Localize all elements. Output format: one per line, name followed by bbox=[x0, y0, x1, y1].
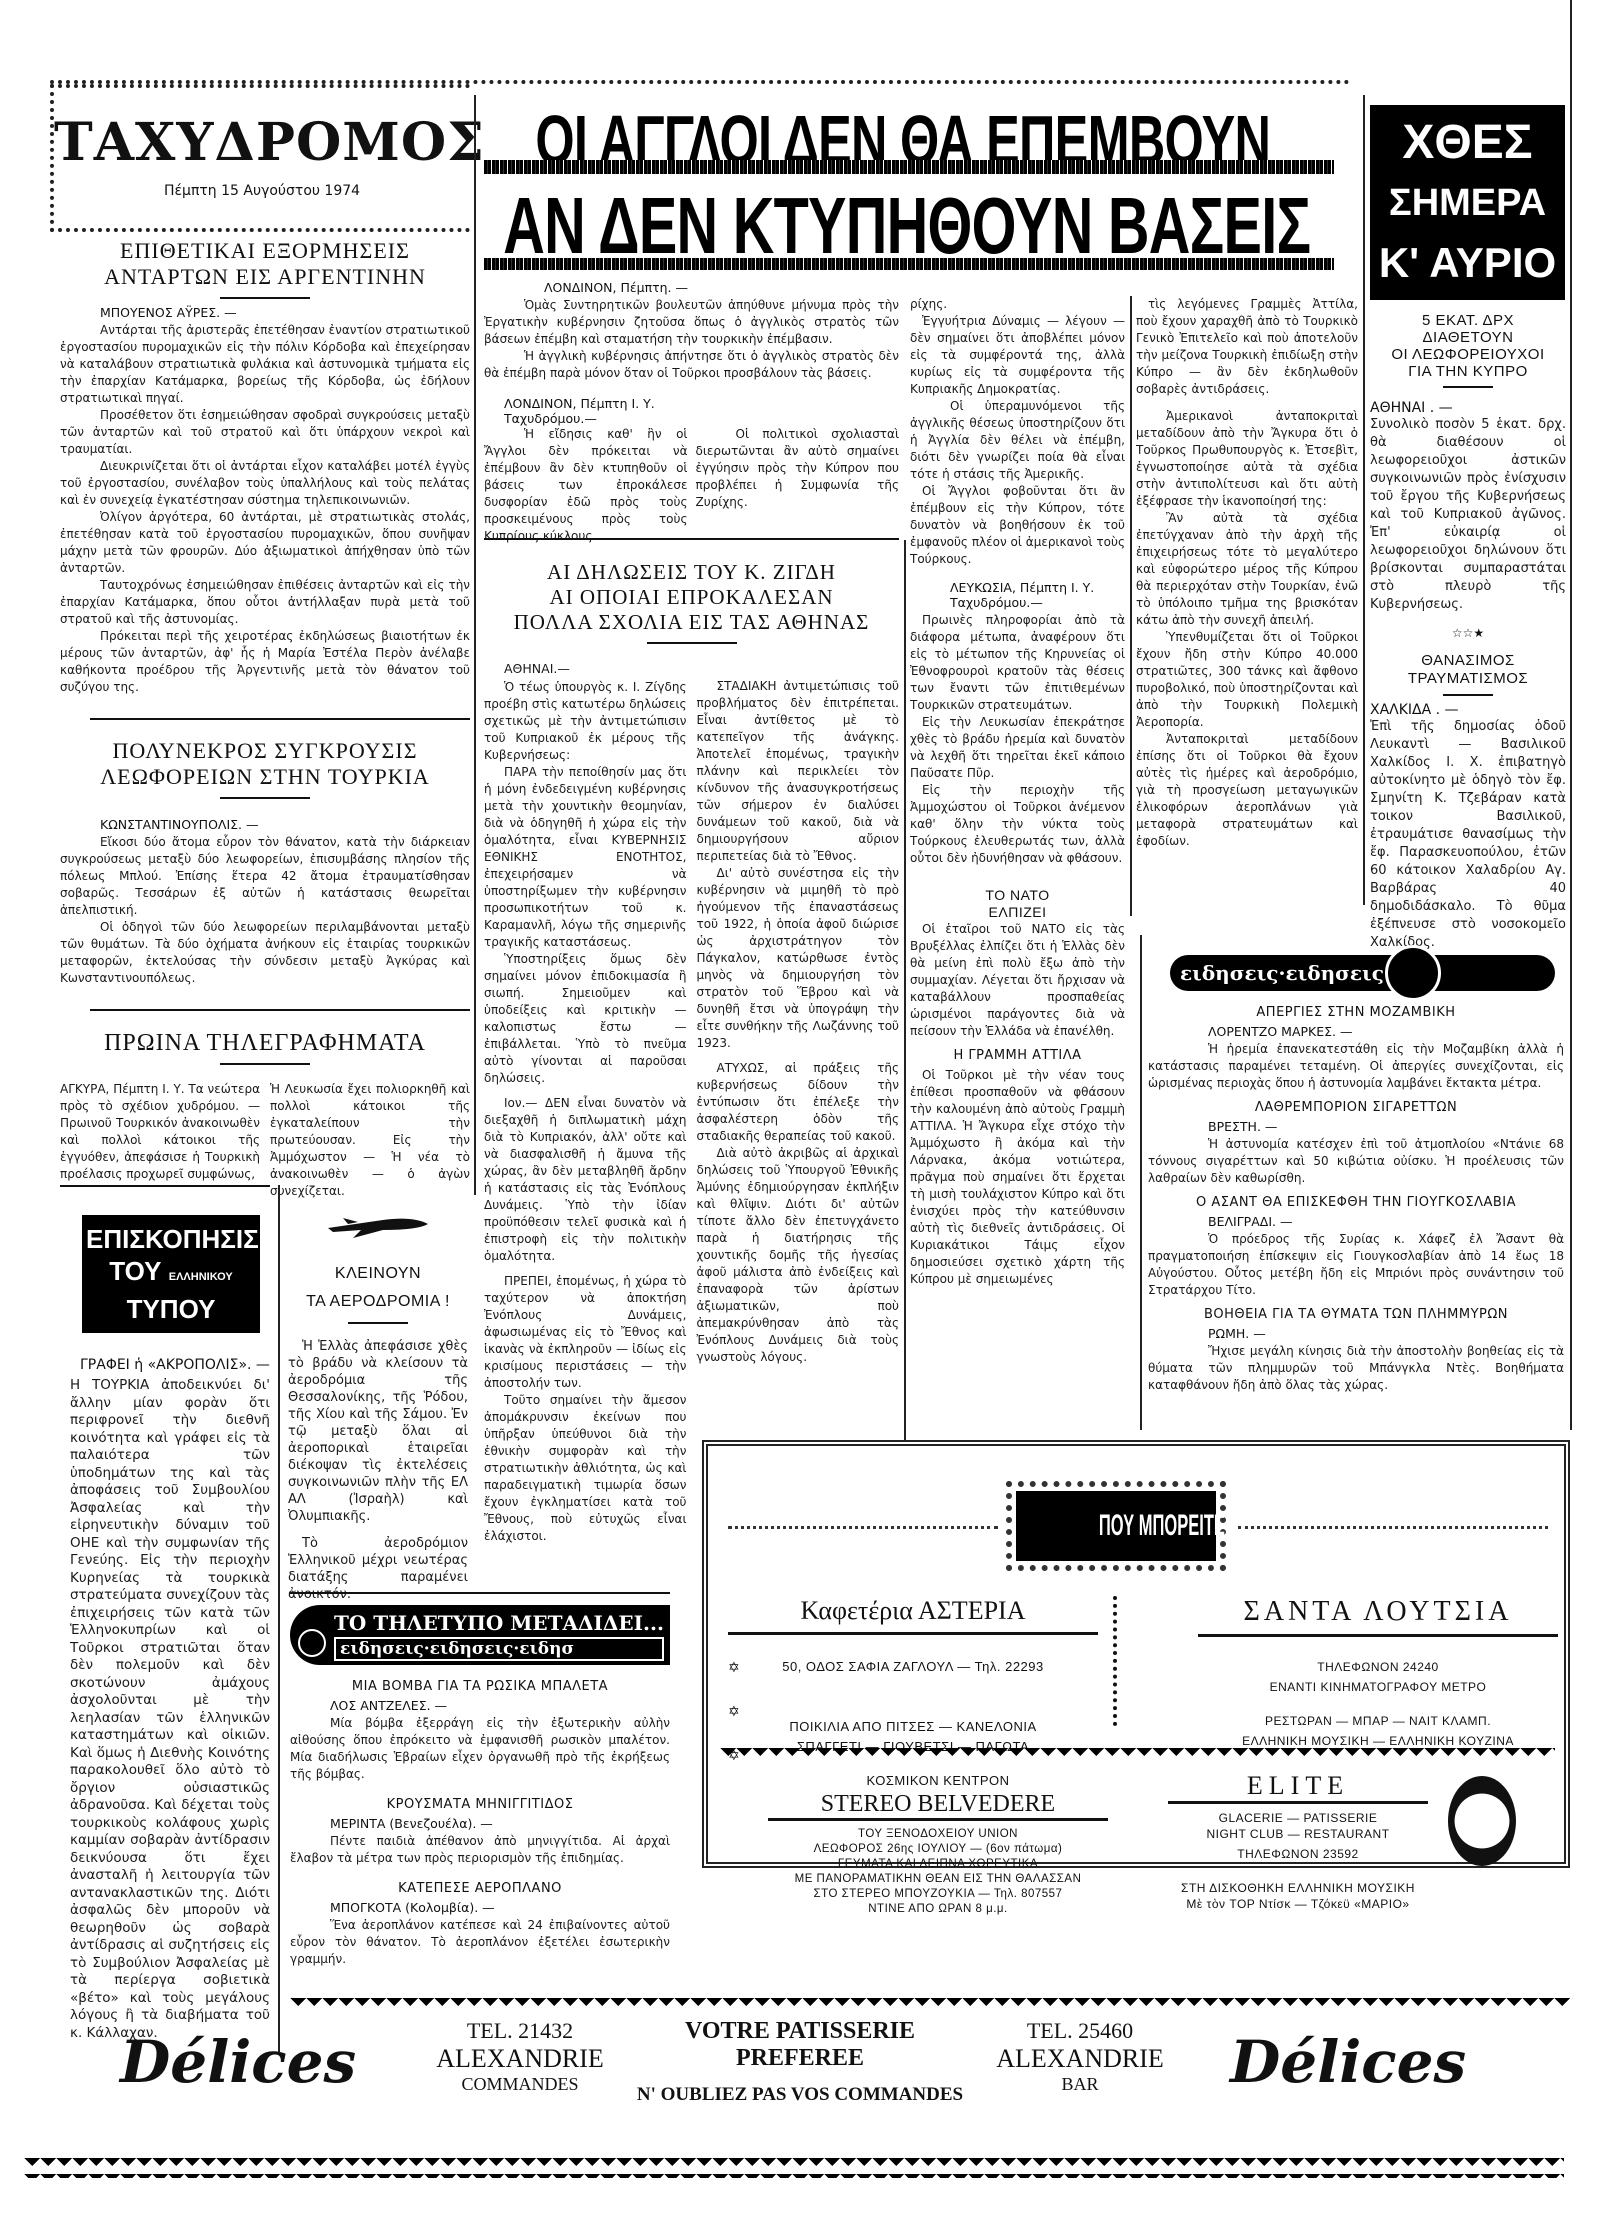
article-headline: ΕΠΙΘΕΤΙΚΑΙ ΕΞΟΡΜΗΣΕΙΣ ΑΝΤΑΡΤΩΝ ΕΙΣ ΑΡΓΕΝ… bbox=[60, 238, 470, 291]
promo-caption: 5 ΕΚΑΤ. ΔΡΧ ΔΙΑΘΕΤΟΥΝ ΟΙ ΛΕΩΦΟΡΕΙΟΥΧΟΙ Γ… bbox=[1370, 312, 1566, 380]
zigdis-article: ΑΙ ΔΗΛΩΣΕΙΣ ΤΟΥ Κ. ΖΙΓΔΗ ΑΙ ΟΠΟΙΑΙ ΕΠΡΟΚ… bbox=[484, 560, 899, 1545]
accident-headline: ΘΑΝΑΣΙΜΟΣ ΤΡΑΥΜΑΤΙΣΜΟΣ bbox=[1370, 652, 1566, 688]
telegram-col-1: ΑΓΚΥΡΑ, Πέμπτη Ι. Υ. Τα νεώτερα πρὸς τὸ … bbox=[60, 1081, 260, 1200]
delices-logo-left: Délices bbox=[120, 2028, 356, 2096]
article-body: Συνολικὸ ποσὸν 5 ἑκατ. δρχ. θὰ διαθέσουν… bbox=[1370, 416, 1566, 614]
ad-belvedere: ΚΟΣΜΙΚΟΝ ΚΕΝΤΡΟΝ STEREO BELVEDERE ΤΟΥ ΞΕ… bbox=[768, 1771, 1108, 1917]
column-divider bbox=[474, 95, 476, 1195]
dateline: ΜΠΟΥΕΝΟΣ ΑΫΡΕΣ. — bbox=[100, 305, 470, 320]
cyprus-col-a: ρίχης. Ἐγγυήτρια Δύναμις — λέγουν — δὲν … bbox=[910, 296, 1125, 1288]
ad-guide: ΠΟΥ ΜΠΟΡΕΙΤΕ ΝΑ ΠΑΤΕ Καφετέρια ΑΣΤΕΡΙΑ 5… bbox=[702, 1440, 1570, 1868]
zigzag-divider bbox=[290, 1998, 1570, 2014]
nato-headline: ΤΟ ΝΑΤΟ ΕΛΠΙΖΕΙ bbox=[910, 887, 1125, 921]
teletype-section: ΤΟ ΤΗΛΕΤΥΠΟ ΜΕΤΑΔΙΔΕΙ... ειδησεις·ειδησε… bbox=[290, 1605, 670, 1968]
headline-bar-1 bbox=[484, 160, 1334, 174]
headline-bar-2 bbox=[484, 258, 1334, 270]
masthead: ΤΑΧΥΔΡΟΜΟΣ Πέμπτη 15 Αυγούστου 1974 bbox=[50, 84, 470, 232]
article-headline: ΠΡΩΙΝΑ ΤΗΛΕΓΡΑΦΗΜΑΤΑ bbox=[60, 1029, 470, 1058]
dial-icon bbox=[298, 1629, 326, 1657]
article-body: Εἴκοσι δύο ἄτομα εὗρον τὸν θάνατον, κατὰ… bbox=[60, 834, 470, 987]
dateline: ΑΘΗΝΑΙ . — bbox=[1370, 400, 1566, 416]
article-headline: ΠΟΛΥΝΕΚΡΟΣ ΣΥΓΚΡΟΥΣΙΣ ΛΕΩΦΟΡΕΙΩΝ ΣΤΗΝ ΤΟ… bbox=[60, 738, 470, 791]
column-divider bbox=[1130, 296, 1132, 916]
dateline: ΓΡΑΦΕΙ ἡ «ΑΚΡΟΠΟΛΙΣ». — bbox=[80, 1357, 270, 1373]
bottom-zigzag bbox=[24, 2158, 1564, 2178]
issue-date: Πέμπτη 15 Αυγούστου 1974 bbox=[54, 183, 470, 199]
newspaper-title: ΤΑΧΥΔΡΟΜΟΣ bbox=[54, 112, 470, 173]
delices-ad: Délices TEL. 21432 ALEXANDRIE COMMANDES … bbox=[60, 2018, 1570, 2128]
right-column-divider bbox=[1363, 95, 1365, 905]
column-divider bbox=[278, 1185, 280, 2055]
article-headline: ΑΙ ΔΗΛΩΣΕΙΣ ΤΟΥ Κ. ΖΙΓΔΗ ΑΙ ΟΠΟΙΑΙ ΕΠΡΟΚ… bbox=[484, 560, 899, 636]
globe-icon bbox=[1385, 945, 1441, 1001]
news-box: ειδησεις·ειδησεις·ειδ ΑΠΕΡΓΙΕΣ ΣΤΗΝ ΜΟΖΑ… bbox=[1140, 935, 1568, 1430]
dateline: ΧΑΛΚΙΔΑ . — bbox=[1370, 702, 1566, 718]
cyprus-col-b: τὶς λεγόμενες Γραμμὲς Ἀττίλα, ποὺ ἔχουν … bbox=[1136, 296, 1358, 850]
promo-line-2: ΣΗΜΕΡΑ bbox=[1370, 173, 1565, 233]
article-body: Η ΤΟΥΡΚΙΑ ἀποδεικνύει δι' ἄλλην μίαν φορ… bbox=[60, 1377, 270, 2042]
attila-headline: Η ΓΡΑΜΜΗ ΑΤΤΙΛΑ bbox=[910, 1048, 1125, 1063]
ad-guide-banner: ΠΟΥ ΜΠΟΡΕΙΤΕ ΝΑ ΠΑΤΕ bbox=[1016, 1491, 1216, 1561]
article-body: Ἡ Ἑλλὰς ἀπεφάσισε χθὲς τὸ βράδυ νὰ κλείσ… bbox=[288, 1338, 468, 1603]
elite-ad: ELITE GLACERIE — PATISSERIE NIGHT CLUB —… bbox=[1168, 1771, 1428, 1912]
column-divider bbox=[904, 540, 906, 1440]
press-review: ΕΠΙΣΚΟΠΗΣΙΣ ΤΟΥ ΕΛΛΗΝΙΚΟΥ ΤΥΠΟΥ ΓΡΑΦΕΙ ἡ… bbox=[60, 1185, 270, 2042]
ad-asteria: Καφετέρια ΑΣΤΕΡΙΑ 50, ΟΔΟΣ ΣΑΦΙΑ ΖΑΓΛΟΥΛ… bbox=[728, 1596, 1098, 1757]
press-review-box: ΕΠΙΣΚΟΠΗΣΙΣ ΤΟΥ ΕΛΛΗΝΙΚΟΥ ΤΥΠΟΥ bbox=[82, 1215, 260, 1333]
article-body: Αντάρται τῆς ἀριστερᾶς ἐπετέθησαν ἐναντί… bbox=[60, 322, 470, 696]
airports-article: ΚΛΕΙΝΟΥΝ ΤΑ ΑΕΡΟΔΡΟΜΙΑ ! Ἡ Ἑλλὰς ἀπεφάσι… bbox=[288, 1180, 468, 1603]
stars-separator: ☆☆★ bbox=[1370, 626, 1566, 640]
promo-line-3: Κ' ΑΥΡΙΟ bbox=[1370, 233, 1565, 293]
news-banner: ειδησεις·ειδησεις·ειδ bbox=[1170, 955, 1555, 991]
ad-santa-lucia: ΣΑΝΤΑ ΛΟΥΤΣΙΑ ΤΗΛΕΦΩΝΟΝ 24240 ΕΝΑΝΤΙ ΚΙΝ… bbox=[1198, 1596, 1558, 1751]
article-body: Ἐπὶ τῆς δημοσίας ὁδοῦ Λευκαντὶ — Βασιλικ… bbox=[1370, 718, 1566, 952]
promo-line-1: ΧΘΕΣ bbox=[1370, 113, 1565, 173]
zigzag-divider bbox=[720, 1748, 1555, 1764]
right-edge-line bbox=[1570, 0, 1572, 1430]
teletype-banner: ΤΟ ΤΗΛΕΤΥΠΟ ΜΕΤΑΔΙΔΕΙ... ειδησεις·ειδησε… bbox=[290, 1605, 670, 1665]
wavy-divider bbox=[1113, 1596, 1123, 1726]
right-column: 5 ΕΚΑΤ. ΔΡΧ ΔΙΑΘΕΤΟΥΝ ΟΙ ΛΕΩΦΟΡΕΙΟΥΧΟΙ Γ… bbox=[1370, 312, 1566, 952]
cutlery-icon bbox=[1448, 1776, 1516, 1866]
article-headline: ΚΛΕΙΝΟΥΝ ΤΑ ΑΕΡΟΔΡΟΜΙΑ ! bbox=[288, 1260, 468, 1316]
left-column: ΕΠΙΘΕΤΙΚΑΙ ΕΞΟΡΜΗΣΕΙΣ ΑΝΤΑΡΤΩΝ ΕΙΣ ΑΡΓΕΝ… bbox=[60, 238, 470, 1200]
promo-box: ΧΘΕΣ ΣΗΜΕΡΑ Κ' ΑΥΡΙΟ bbox=[1370, 105, 1565, 300]
plane-icon bbox=[323, 1210, 433, 1240]
delices-logo-right: Délices bbox=[1230, 2028, 1466, 2096]
dateline: ΚΩΝΣΤΑΝΤΙΝΟΥΠΟΛΙΣ. — bbox=[100, 817, 470, 832]
